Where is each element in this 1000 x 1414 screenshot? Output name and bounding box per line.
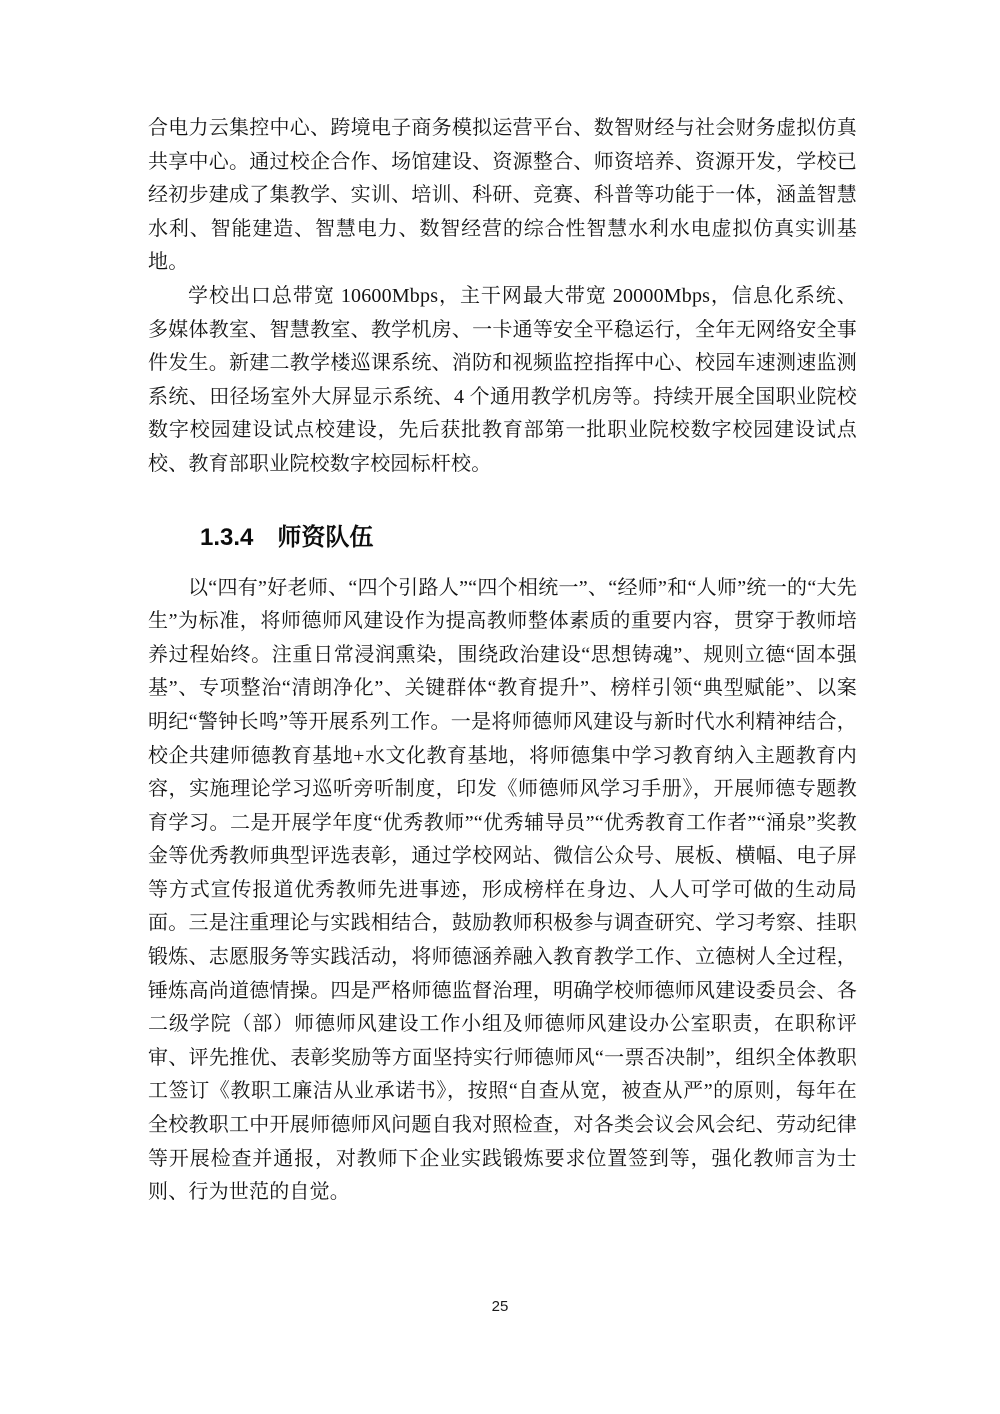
paragraph-continuation-training-base: 合电力云集控中心、跨境电子商务模拟运营平台、数智财经与社会财务虚拟仿真共享中心。…	[148, 112, 857, 280]
document-page: 合电力云集控中心、跨境电子商务模拟运营平台、数智财经与社会财务虚拟仿真共享中心。…	[0, 0, 1000, 1414]
section-heading-title: 师资队伍	[277, 521, 373, 555]
section-heading-number: 1.3.4	[200, 521, 253, 555]
paragraph-teacher-ethics: 以“四有”好老师、“四个引路人”“四个相统一”、“经师”和“人师”统一的“大先生…	[148, 572, 857, 1210]
section-heading: 1.3.4 师资队伍	[148, 521, 857, 555]
page-footer: 25	[0, 1298, 1000, 1316]
paragraph-network-infrastructure: 学校出口总带宽 10600Mbps，主干网最大带宽 20000Mbps，信息化系…	[148, 280, 857, 482]
page-number: 25	[492, 1298, 509, 1315]
document-body: 合电力云集控中心、跨境电子商务模拟运营平台、数智财经与社会财务虚拟仿真共享中心。…	[148, 112, 857, 1210]
